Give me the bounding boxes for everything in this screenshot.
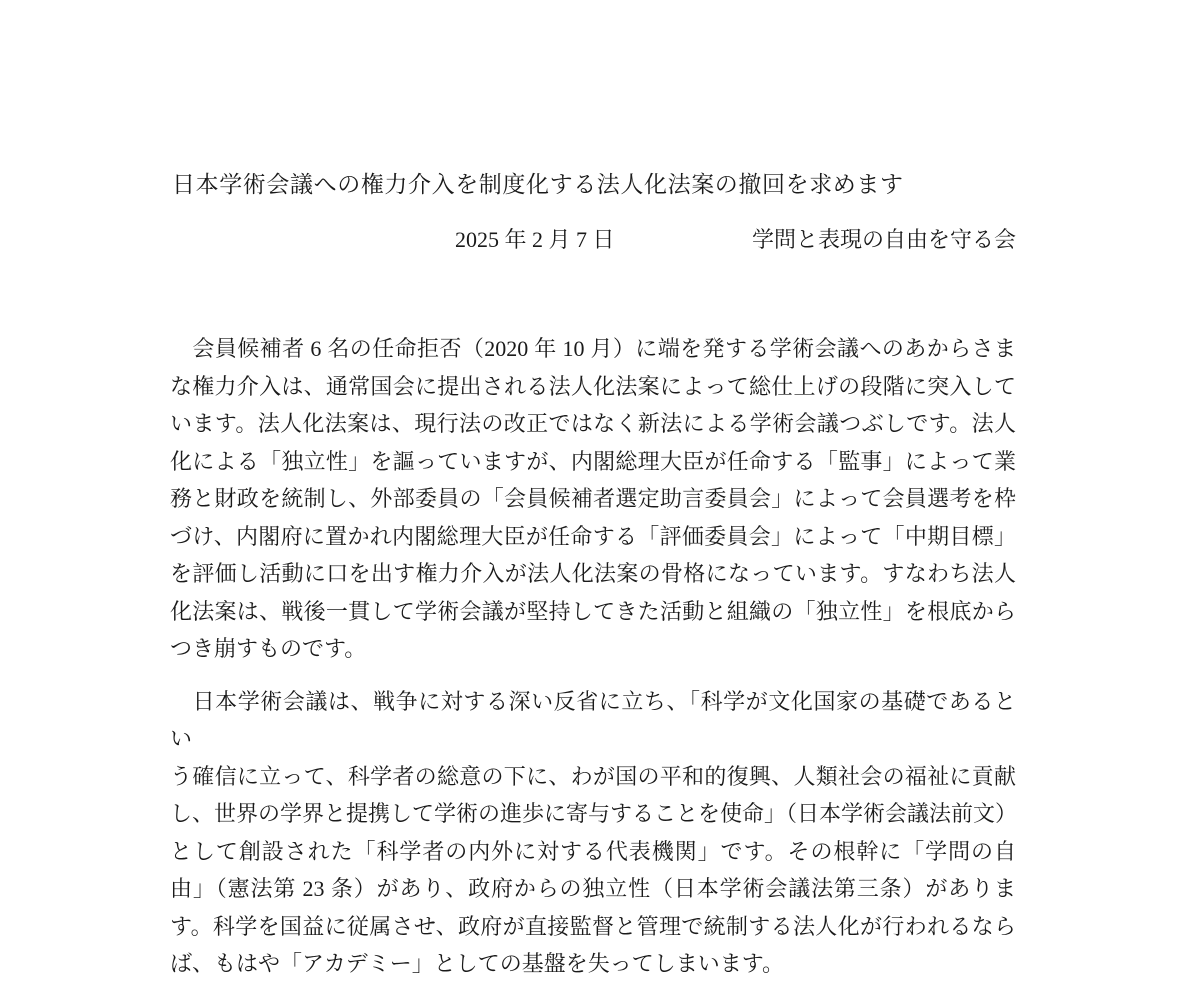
text-line: う確信に立って、科学者の総意の下に、わが国の平和的復興、人類社会の福祉に貢献	[170, 758, 1016, 796]
paragraph-2: 日本学術会議は、戦争に対する深い反省に立ち、「科学が文化国家の基礎であるとい う…	[170, 683, 1016, 958]
document-page: 日本学術会議への権力介入を制度化する法人化法案の撤回を求めます 2025 年 2…	[170, 0, 1016, 957]
dateline: 2025 年 2 月 7 日 学問と表現の自由を守る会	[170, 225, 1016, 255]
document-date: 2025 年 2 月 7 日	[455, 225, 615, 255]
text-line: な権力介入は、通常国会に提出される法人化法案によって総仕上げの段階に突入して	[170, 368, 1016, 406]
text-line: 務と財政を統制し、外部委員の「会員候補者選定助言委員会」によって会員選考を枠	[170, 480, 1016, 518]
text-line: づけ、内閣府に置かれ内閣総理大臣が任命する「評価委員会」によって「中期目標」	[170, 518, 1016, 556]
text-line: として創設された「科学者の内外に対する代表機関」です。その根幹に「学問の自	[170, 833, 1016, 871]
text-line: 化による「独立性」を謳っていますが、内閣総理大臣が任命する「監事」によって業	[170, 443, 1016, 481]
text-line: 化法案は、戦後一貫して学術会議が堅持してきた活動と組織の「独立性」を根底から	[170, 593, 1016, 631]
text-line: 会員候補者 6 名の任命拒否（2020 年 10 月）に端を発する学術会議へのあ…	[170, 330, 1016, 368]
text-line: し、世界の学界と提携して学術の進歩に寄与することを使命」（日本学術会議法前文）	[170, 795, 1016, 833]
text-line: を評価し活動に口を出す権力介入が法人化法案の骨格になっています。すなわち法人	[170, 555, 1016, 593]
text-line: 由」（憲法第 23 条）があり、政府からの独立性（日本学術会議法第三条）がありま	[170, 870, 1016, 908]
text-line: います。法人化法案は、現行法の改正ではなく新法による学術会議つぶしです。法人	[170, 405, 1016, 443]
text-line: す。科学を国益に従属させ、政府が直接監督と管理で統制する法人化が行われるなら	[170, 908, 1016, 946]
text-line: つき崩すものです。	[170, 630, 1016, 668]
text-line: 日本学術会議は、戦争に対する深い反省に立ち、「科学が文化国家の基礎であるとい	[170, 683, 1016, 758]
text-line: ば、もはや「アカデミー」としての基盤を失ってしまいます。	[170, 945, 1016, 957]
paragraph-1: 会員候補者 6 名の任命拒否（2020 年 10 月）に端を発する学術会議へのあ…	[170, 330, 1016, 668]
document-author: 学問と表現の自由を守る会	[752, 225, 1016, 255]
document-title: 日本学術会議への権力介入を制度化する法人化法案の撤回を求めます	[172, 170, 1016, 200]
